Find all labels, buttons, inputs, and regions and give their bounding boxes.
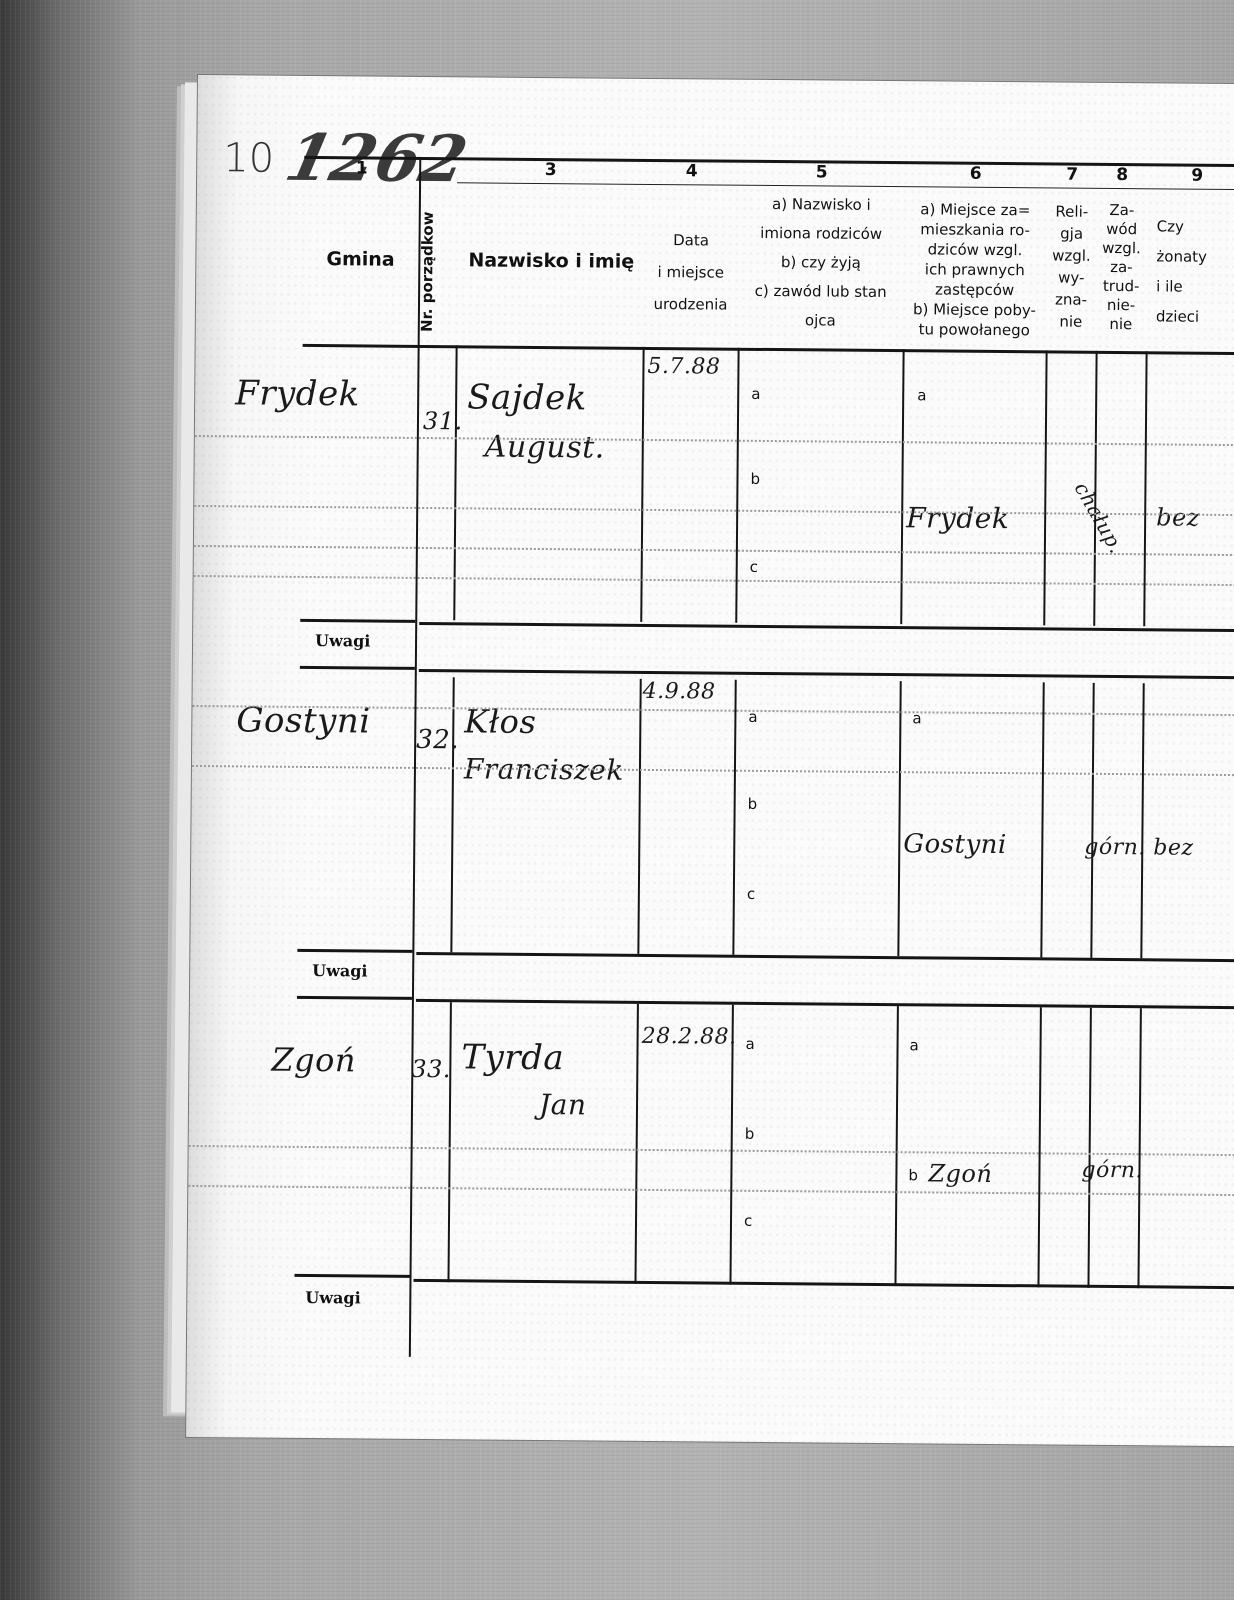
- header-miejsce-zamieszkania: a) Miejsce za= mieszkania ro- dziców wzg…: [903, 199, 1047, 340]
- record-31-gmina: Frydek: [235, 373, 360, 414]
- record-33-residence-label-a: a: [909, 1036, 918, 1054]
- header-gmina: Gmina: [326, 248, 394, 271]
- col-number-3: 3: [457, 159, 644, 181]
- record-31-label-b: b: [750, 470, 760, 488]
- header-religia: Reli- gja wzgl. wy- zna- nie: [1046, 200, 1097, 332]
- record-32-married: bez: [1153, 835, 1193, 860]
- ruling-line: [188, 1185, 1234, 1196]
- record-32-label-c: c: [747, 885, 755, 903]
- header-nazwisko-imie: Nazwisko i imię: [468, 249, 634, 272]
- record-31-residence-label-a: a: [917, 386, 926, 404]
- ruling-line: [192, 765, 1234, 776]
- col-number-6: 6: [904, 163, 1047, 184]
- record-32-divider-residence: [1040, 682, 1044, 957]
- register-page: 10 1262 1 3 4 5 6 7 8 9 Gmina Nr. porząd…: [186, 75, 1234, 1446]
- col-number-7: 7: [1047, 164, 1097, 184]
- gmina-divider: [409, 157, 421, 1357]
- remarks-2-bottom-rule: [416, 999, 1234, 1009]
- record-33-nr: 33.: [411, 1055, 451, 1083]
- ruling-line: [194, 505, 1234, 516]
- record-33-residence-b: Zgoń: [928, 1159, 992, 1188]
- record-33-divider-parents: [894, 1006, 898, 1286]
- record-33-gmina: Zgoń: [271, 1041, 356, 1080]
- record-32-divider-name: [637, 679, 641, 954]
- record-32-divider-religion: [1090, 683, 1094, 958]
- header-bottom-rule: [303, 344, 1234, 355]
- remarks-3-top-rule: [413, 1279, 1234, 1289]
- record-32-divider-parents: [897, 681, 901, 956]
- record-33-given-name: Jan: [539, 1088, 587, 1121]
- remarks-1-bottom-rule: [419, 669, 1234, 679]
- ruling-line: [194, 575, 1234, 586]
- record-33-divider-religion: [1087, 1008, 1091, 1288]
- record-33-divider-residence: [1037, 1007, 1041, 1287]
- col-number-9: 9: [1147, 165, 1234, 186]
- remarks-2-top-rule: [416, 952, 1234, 962]
- remarks-1-bottom-rule-left: [300, 666, 415, 670]
- record-31-birth-date: 5.7.88: [647, 354, 720, 380]
- remarks-1-top-rule-left: [300, 619, 415, 623]
- record-31-surname: Sajdek: [467, 377, 587, 418]
- record-33-divider-nr: [447, 1002, 451, 1282]
- record-33-residence-label-b: b: [908, 1166, 918, 1184]
- record-32-label-b: b: [748, 795, 758, 813]
- header-data-urodzenia: Data i miejsce urodzenia: [643, 224, 739, 321]
- record-33-surname: Tyrda: [461, 1037, 564, 1078]
- remarks-2-label: Uwagi: [312, 961, 368, 980]
- record-33-birth-date: 28.2.88.: [642, 1024, 737, 1050]
- ruling-line: [195, 435, 1234, 446]
- record-31-given-name: August.: [485, 430, 605, 466]
- remarks-3-label: Uwagi: [305, 1288, 361, 1307]
- remarks-2-top-rule-left: [297, 949, 412, 953]
- record-31-married: bez: [1156, 503, 1200, 531]
- remarks-2-bottom-rule-left: [297, 996, 412, 1000]
- record-32-divider-nr: [450, 677, 454, 952]
- col-number-5: 5: [739, 162, 904, 183]
- record-32-birth-date: 4.9.88: [643, 679, 716, 705]
- header-rodzice: a) Nazwisko i imiona rodziców b) czy żyj…: [738, 190, 904, 336]
- header-zawod: Za- wód wzgl. za- trud- nie- nie: [1096, 201, 1147, 334]
- record-31-residence-b: Frydek: [906, 501, 1009, 535]
- remarks-1-top-rule: [419, 622, 1234, 632]
- record-32-occupation: górn.: [1084, 835, 1146, 861]
- remarks-3-top-rule-left: [295, 1274, 410, 1278]
- col-number-1: 1: [304, 158, 419, 179]
- record-33-divider-name: [634, 1004, 638, 1284]
- record-31-label-c: c: [750, 558, 758, 576]
- record-31-occupation: chałup.: [1070, 478, 1129, 558]
- col-number-8: 8: [1097, 165, 1147, 185]
- record-32-divider-occupation: [1140, 683, 1144, 958]
- remarks-1-label: Uwagi: [315, 631, 371, 650]
- col-number-4: 4: [644, 161, 739, 182]
- ruling-line: [189, 1145, 1234, 1156]
- record-33-label-b: b: [745, 1125, 755, 1143]
- record-32-residence-b: Gostyni: [903, 829, 1007, 860]
- record-33-divider-occupation: [1137, 1008, 1141, 1288]
- header-czy-zonaty: Czy żonaty i ile dzieci: [1148, 211, 1234, 332]
- margin-page-number: 10: [223, 135, 274, 181]
- record-33-label-a: a: [745, 1035, 754, 1053]
- record-32-divider-date: [732, 680, 736, 955]
- record-33-occupation: górn.: [1081, 1158, 1143, 1184]
- ruling-line: [194, 545, 1234, 556]
- record-31-label-a: a: [751, 385, 760, 403]
- record-33-label-c: c: [744, 1212, 752, 1230]
